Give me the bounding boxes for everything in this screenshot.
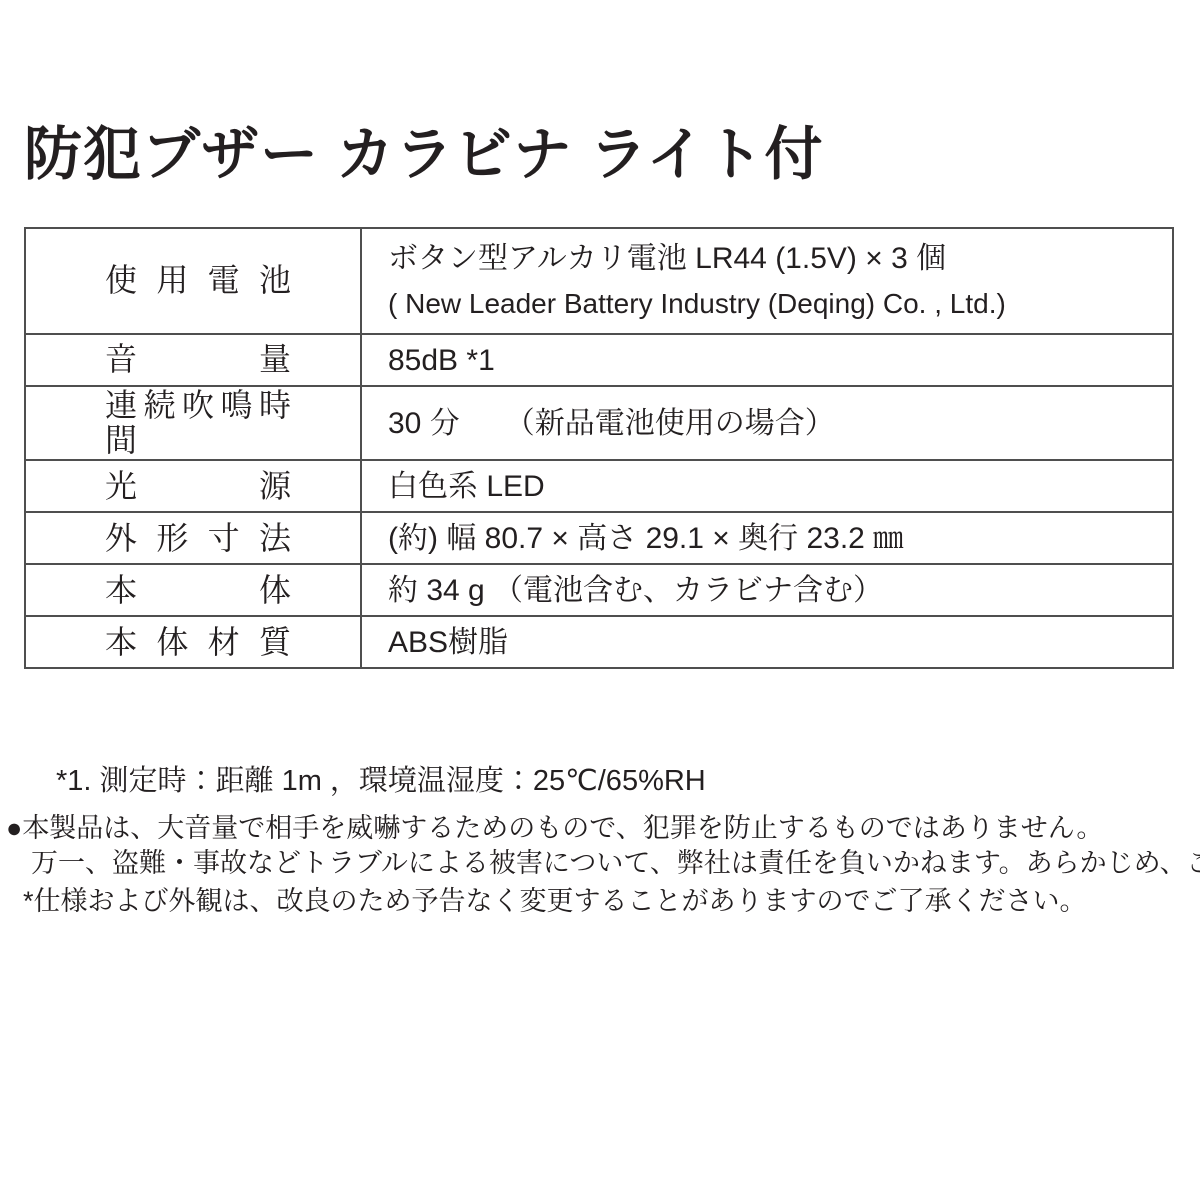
spec-label-cell: 光源 xyxy=(25,460,361,512)
spec-table: 使用電池 ボタン型アルカリ電池 LR44 (1.5V) × 3 個 ( New … xyxy=(24,227,1174,669)
note-disclaimer-continued: 万一、盗難・事故などトラブルによる被害について、弊社は責任を負いかねます。あらか… xyxy=(31,847,1200,879)
spec-value-cell: 85dB *1 xyxy=(361,334,1173,386)
spec-value: 30 分 （新品電池使用の場合） xyxy=(388,401,1171,446)
spec-value-cell: 約 34 g （電池含む、カラビナ含む） xyxy=(361,564,1173,616)
spec-value-cell: 30 分 （新品電池使用の場合） xyxy=(361,386,1173,460)
spec-value-cell: ABS樹脂 xyxy=(361,616,1173,668)
spec-value-cell: 白色系 LED xyxy=(361,460,1173,512)
spec-label: 音量 xyxy=(105,342,291,377)
table-row-material: 本体材質 ABS樹脂 xyxy=(25,616,1173,668)
spec-value: (約) 幅 80.7 × 高さ 29.1 × 奥行 23.2 ㎜ xyxy=(388,516,1171,561)
spec-value-line: ボタン型アルカリ電池 LR44 (1.5V) × 3 個 xyxy=(388,236,1171,281)
spec-value: 約 34 g （電池含む、カラビナ含む） xyxy=(388,568,1171,613)
spec-label-cell: 連続吹鳴時間 xyxy=(25,386,361,460)
spec-label-cell: 本体材質 xyxy=(25,616,361,668)
page-title: 防犯ブザー カラビナ ライト付 xyxy=(24,119,824,192)
spec-label: 使用電池 xyxy=(105,263,291,298)
spec-value-cell: ボタン型アルカリ電池 LR44 (1.5V) × 3 個 ( New Leade… xyxy=(361,228,1173,334)
spec-value-line: ( New Leader Battery Industry (Deqing) C… xyxy=(388,281,1171,326)
spec-label-cell: 使用電池 xyxy=(25,228,361,334)
table-row-weight: 本体 約 34 g （電池含む、カラビナ含む） xyxy=(25,564,1173,616)
spec-value-cell: (約) 幅 80.7 × 高さ 29.1 × 奥行 23.2 ㎜ xyxy=(361,512,1173,564)
note-disclaimer: ●本製品は、大音量で相手を威嚇するためのもので、犯罪を防止するものではありません… xyxy=(6,812,1103,844)
spec-label-cell: 外形寸法 xyxy=(25,512,361,564)
spec-label: 光源 xyxy=(105,469,291,504)
table-row-dimensions: 外形寸法 (約) 幅 80.7 × 高さ 29.1 × 奥行 23.2 ㎜ xyxy=(25,512,1173,564)
table-row-duration: 連続吹鳴時間 30 分 （新品電池使用の場合） xyxy=(25,386,1173,460)
note-spec-change: *仕様および外観は、改良のため予告なく変更することがありますのでご了承ください。 xyxy=(23,885,1087,917)
table-row-volume: 音量 85dB *1 xyxy=(25,334,1173,386)
spec-value: ABS樹脂 xyxy=(388,620,1171,665)
spec-value: 白色系 LED xyxy=(388,464,1171,509)
spec-label-cell: 本体 xyxy=(25,564,361,616)
spec-value: 85dB *1 xyxy=(388,338,1171,383)
table-row-light-source: 光源 白色系 LED xyxy=(25,460,1173,512)
table-row-battery: 使用電池 ボタン型アルカリ電池 LR44 (1.5V) × 3 個 ( New … xyxy=(25,228,1173,334)
spec-label: 本体 xyxy=(105,573,291,608)
spec-label-cell: 音量 xyxy=(25,334,361,386)
spec-label: 本体材質 xyxy=(105,625,291,660)
note-measurement-condition: *1. 測定時：距離 1m ，環境温湿度：25℃/65%RH xyxy=(56,764,706,799)
spec-label: 外形寸法 xyxy=(105,521,291,556)
spec-label: 連続吹鳴時間 xyxy=(105,388,291,458)
